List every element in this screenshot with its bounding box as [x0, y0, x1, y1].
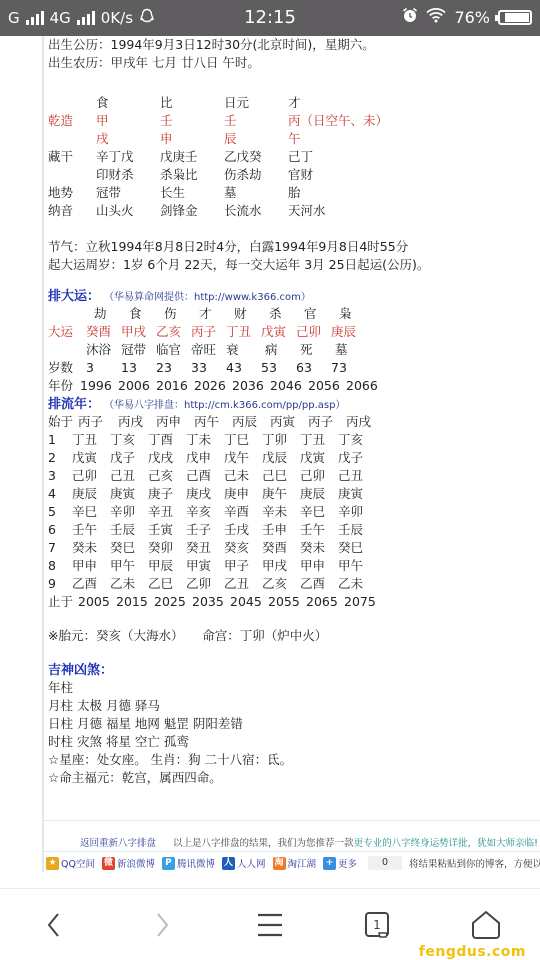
birth-solar: 出生公历：1994年9月3日12时30分(北京时间)，星期六。 [48, 36, 540, 54]
liunian-source-link[interactable]: （华易八字排盘：http://cm.k366.com/pp/pp.asp） [104, 400, 345, 411]
jieqi-line: 节气：立秋1994年8月8日2时4分，白露1994年9月8日4时55分 [48, 238, 540, 256]
weibo-icon: 微 [102, 857, 115, 870]
bazi-gan-row: 乾造 甲 壬 壬 丙（日空午、未） [48, 112, 540, 130]
shensha-title: 吉神凶煞： [48, 661, 540, 679]
tabs-icon: 1 [364, 911, 392, 939]
share-more[interactable]: +更多 [323, 856, 357, 870]
share-renren[interactable]: 人人人网 [222, 856, 266, 870]
share-qzone[interactable]: ★QQ空间 [46, 856, 95, 870]
back-to-paipan-link[interactable]: 返回重新八字排盘 [80, 838, 156, 849]
footer-divider [44, 820, 540, 821]
bazi-nayin-row: 纳音 山头火 剑锋金 长流水 天河水 [48, 202, 540, 220]
shensha-line: 年柱 [48, 679, 540, 697]
taiyuan-minggong: ※胎元：癸亥（大海水） 命宫：丁卯（炉中火） [48, 627, 540, 645]
footer-links: 返回重新八字排盘 以上是八字排盘的结果，我们为您推荐一款更专业的八字终身运势详批… [80, 835, 538, 849]
dayun-dishi-row: 沐浴 冠带 临官 帝旺 衰 病 死 墓 [48, 341, 540, 359]
forward-button[interactable] [142, 907, 182, 943]
hamburger-icon [257, 912, 283, 938]
liunian-row: 6壬午壬辰壬寅壬子壬戌壬申壬午壬辰 [48, 521, 540, 539]
share-bar: ★QQ空间 微新浪微博 P腾讯微博 人人人网 淘淘江湖 +更多 0 将结果粘贴到… [46, 856, 540, 870]
liunian-title: 排流年： [48, 397, 100, 412]
dayun-source-link[interactable]: （华易算命网提供：http://www.k366.com） [104, 292, 311, 303]
share-taojianghu[interactable]: 淘淘江湖 [273, 856, 317, 870]
home-icon [471, 910, 501, 940]
tencent-weibo-icon: P [162, 857, 175, 870]
liunian-row: 7癸未癸巳癸卯癸丑癸亥癸酉癸未癸巳 [48, 539, 540, 557]
promo-link[interactable]: 更专业的八字终身运势详批，犹如大师亲临! [354, 838, 538, 849]
liunian-end-row: 止于 2005 2015 2025 2035 2045 2055 2065 20… [48, 593, 540, 611]
back-button[interactable] [34, 907, 74, 943]
plus-icon: + [323, 857, 336, 870]
taojianghu-icon: 淘 [273, 857, 286, 870]
xingzuo-line: ☆星座：处女座。 生肖：狗 二十八宿：氐。 [48, 751, 540, 769]
bazi-header-row: 食 比 日元 才 [48, 94, 540, 112]
share-sina-weibo[interactable]: 微新浪微博 [102, 856, 155, 870]
shensha-line: 日柱 月德 福星 地网 魁罡 阴阳差错 [48, 715, 540, 733]
liunian-row: 4庚辰庚寅庚子庚戌庚申庚午庚辰庚寅 [48, 485, 540, 503]
dayun-ages-row: 岁数 3 13 23 33 43 53 63 73 [48, 359, 540, 377]
bazi-shishen-row: 印财杀 杀枭比 伤杀劫 官财 [48, 166, 540, 184]
svg-text:1: 1 [373, 918, 381, 932]
alarm-icon [402, 7, 418, 27]
bazi-table: 食 比 日元 才 乾造 甲 壬 壬 丙（日空午、未） 戌 申 辰 午 藏干 辛丁… [48, 94, 540, 220]
share-count: 0 [368, 856, 402, 870]
dayun-heading: 排大运： （华易算命网提供：http://www.k366.com） [48, 287, 540, 305]
liunian-row: 8甲申甲午甲辰甲寅甲子甲戌甲申甲午 [48, 557, 540, 575]
battery-icon [498, 10, 532, 25]
bazi-result-content: 出生公历：1994年9月3日12时30分(北京时间)，星期六。 出生农历：甲戌年… [42, 36, 540, 872]
footer-info: 以上是八字排盘的结果，我们为您推荐一款 [173, 838, 354, 849]
liunian-heading: 排流年： （华易八字排盘：http://cm.k366.com/pp/pp.as… [48, 395, 540, 413]
mingzhu-line: ☆命主福元：乾宫，属西四命。 [48, 769, 540, 787]
bazi-dishi-row: 地势 冠带 长生 墓 胎 [48, 184, 540, 202]
bazi-canggan-row: 藏干 辛丁戊 戊庚壬 乙戊癸 己丁 [48, 148, 540, 166]
tabs-button[interactable]: 1 [358, 907, 398, 943]
menu-button[interactable] [250, 907, 290, 943]
birth-lunar: 出生农历：甲戌年 七月 廿八日 午时。 [48, 54, 540, 72]
share-tencent-weibo[interactable]: P腾讯微博 [162, 856, 215, 870]
footer-divider-2 [44, 851, 540, 852]
liunian-row: 1丁丑丁亥丁酉丁未丁巳丁卯丁丑丁亥 [48, 431, 540, 449]
shensha-line: 月柱 太极 月德 驿马 [48, 697, 540, 715]
dayun-title: 排大运： [48, 289, 100, 304]
dayun-shishen-row: 劫 食 伤 才 财 杀 官 枭 [48, 305, 540, 323]
liunian-row: 2戊寅戊子戊戌戊申戊午戊辰戊寅戊子 [48, 449, 540, 467]
watermark: fengdus.com [419, 944, 526, 960]
shensha-line: 时柱 灾煞 将星 空亡 孤鸾 [48, 733, 540, 751]
liunian-row: 5辛巳辛卯辛丑辛亥辛酉辛未辛巳辛卯 [48, 503, 540, 521]
liunian-start-row: 始于 丙子 丙戌 丙申 丙午 丙辰 丙寅 丙子 丙戌 [48, 413, 540, 431]
status-bar: G 4G 0K/s 12:15 76% [0, 0, 540, 36]
wifi-icon [426, 7, 446, 27]
bazi-zhi-row: 戌 申 辰 午 [48, 130, 540, 148]
qzone-icon: ★ [46, 857, 59, 870]
dayun-years-row: 年份 1996 2006 2016 2026 2036 2046 2056 20… [48, 377, 540, 395]
paste-hint: 将结果粘贴到你的博客，方便以后使用： [409, 856, 540, 870]
chevron-left-icon [46, 912, 62, 938]
battery-percent: 76% [454, 8, 490, 27]
liunian-row: 3己卯己丑己亥己酉己未己巳己卯己丑 [48, 467, 540, 485]
renren-icon: 人 [222, 857, 235, 870]
liunian-rows: 1丁丑丁亥丁酉丁未丁巳丁卯丁丑丁亥 2戊寅戊子戊戌戊申戊午戊辰戊寅戊子 3己卯己… [48, 431, 540, 593]
liunian-row: 9乙酉乙未乙巳乙卯乙丑乙亥乙酉乙未 [48, 575, 540, 593]
dayun-ganzhi-row: 大运 癸酉 甲戌 乙亥 丙子 丁丑 戊寅 己卯 庚辰 [48, 323, 540, 341]
home-button[interactable] [466, 907, 506, 943]
chevron-right-icon [154, 912, 170, 938]
qiyun-line: 起大运周岁：1岁 6个月 22天，每一交大运年 3月 25日起运(公历)。 [48, 256, 540, 274]
